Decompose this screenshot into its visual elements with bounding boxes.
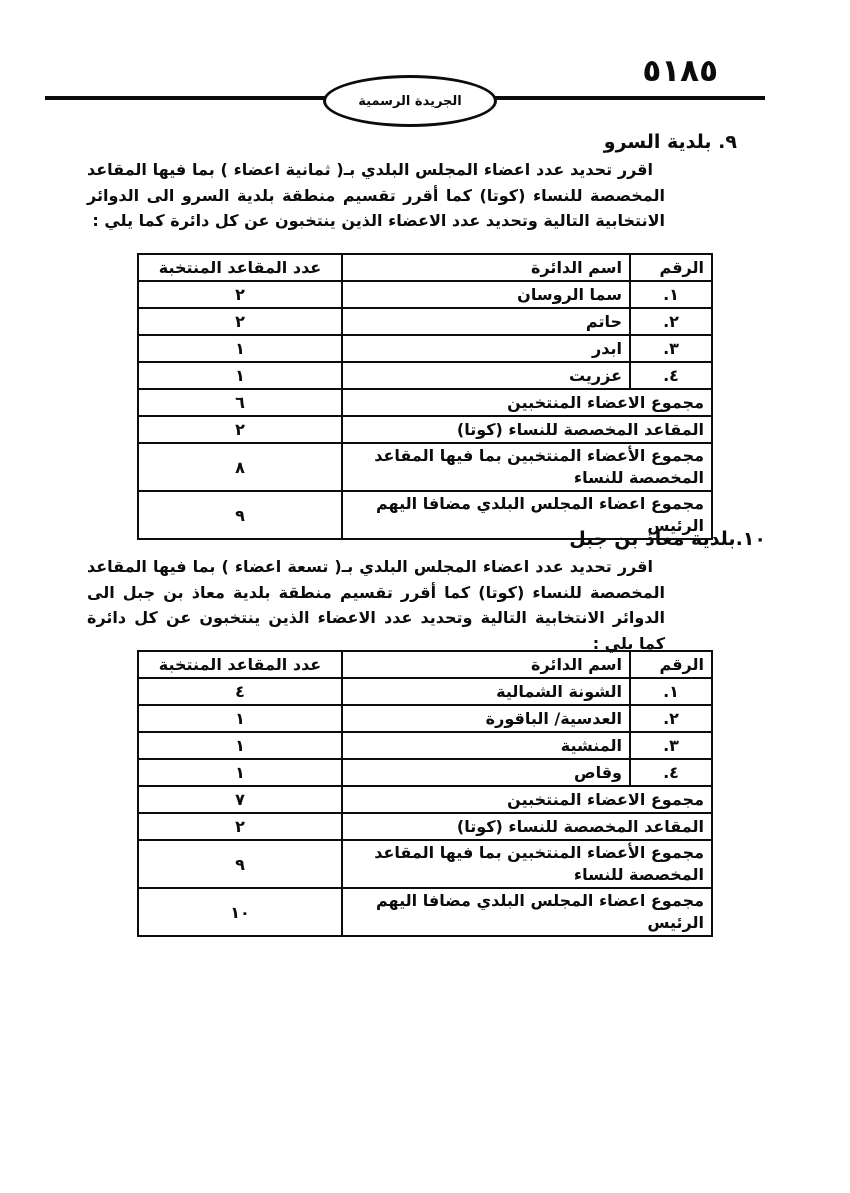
seats-cell: ١ xyxy=(138,362,342,389)
summary-row: مجموع الاعضاء المنتخبين ٦ xyxy=(138,389,712,416)
row-number: ٣. xyxy=(630,732,712,759)
seats-cell: ٢ xyxy=(138,308,342,335)
summary-label: مجموع الاعضاء المنتخبين xyxy=(342,786,712,813)
row-number: ٢. xyxy=(630,705,712,732)
row-number: ٣. xyxy=(630,335,712,362)
seats-cell: ١ xyxy=(138,705,342,732)
table-row: ٣. المنشية ١ xyxy=(138,732,712,759)
summary-label: المقاعد المخصصة للنساء (كوتا) xyxy=(342,416,712,443)
section-paragraph-9: اقرر تحديد عدد اعضاء المجلس البلدي بـ( ث… xyxy=(87,157,665,234)
seats-cell: ١ xyxy=(138,335,342,362)
summary-row: مجموع اعضاء المجلس البلدي مضافا اليهم ال… xyxy=(138,888,712,936)
summary-value: ٦ xyxy=(138,389,342,416)
row-number: ١. xyxy=(630,281,712,308)
district-cell: وقاص xyxy=(342,759,630,786)
header-number: الرقم xyxy=(630,651,712,678)
table-row: ١. سما الروسان ٢ xyxy=(138,281,712,308)
seats-cell: ١ xyxy=(138,732,342,759)
table-row: ٢. حاتم ٢ xyxy=(138,308,712,335)
district-cell: العدسية/ الباقورة xyxy=(342,705,630,732)
row-number: ٤. xyxy=(630,362,712,389)
section-title-9: ٩. بلدية السرو xyxy=(604,130,737,155)
page-number: ٥١٨٥ xyxy=(642,56,718,87)
table-row: ٣. ابدر ١ xyxy=(138,335,712,362)
section-paragraph-10: اقرر تحديد عدد اعضاء المجلس البلدي بـ( ت… xyxy=(87,554,665,656)
district-cell: ابدر xyxy=(342,335,630,362)
row-number: ٤. xyxy=(630,759,712,786)
seats-cell: ٢ xyxy=(138,281,342,308)
summary-row: مجموع الأعضاء المنتخبين بما فيها المقاعد… xyxy=(138,443,712,491)
summary-label: مجموع الأعضاء المنتخبين بما فيها المقاعد… xyxy=(342,840,712,888)
gazette-page: ٥١٨٥ الجريدة الرسمية ٩. بلدية السرو اقرر… xyxy=(0,0,850,1193)
summary-value: ٨ xyxy=(138,443,342,491)
table-header-row: الرقم اسم الدائرة عدد المقاعد المنتخبة xyxy=(138,651,712,678)
header-seats: عدد المقاعد المنتخبة xyxy=(138,651,342,678)
seats-table-muath-bin-jabal: الرقم اسم الدائرة عدد المقاعد المنتخبة ١… xyxy=(137,650,713,937)
summary-value: ٩ xyxy=(138,840,342,888)
section-title-10: ١٠.بلدية معاذ بن جبل xyxy=(569,527,766,552)
summary-value: ٩ xyxy=(138,491,342,539)
header-number: الرقم xyxy=(630,254,712,281)
district-cell: حاتم xyxy=(342,308,630,335)
header-district: اسم الدائرة xyxy=(342,254,630,281)
summary-label: مجموع اعضاء المجلس البلدي مضافا اليهم ال… xyxy=(342,888,712,936)
summary-row: مجموع الاعضاء المنتخبين ٧ xyxy=(138,786,712,813)
summary-label: مجموع الاعضاء المنتخبين xyxy=(342,389,712,416)
district-cell: المنشية xyxy=(342,732,630,759)
seats-cell: ١ xyxy=(138,759,342,786)
table-header-row: الرقم اسم الدائرة عدد المقاعد المنتخبة xyxy=(138,254,712,281)
summary-value: ٢ xyxy=(138,813,342,840)
summary-value: ٢ xyxy=(138,416,342,443)
district-cell: عزريت xyxy=(342,362,630,389)
seats-cell: ٤ xyxy=(138,678,342,705)
seats-table-sarw: الرقم اسم الدائرة عدد المقاعد المنتخبة ١… xyxy=(137,253,713,540)
gazette-badge: الجريدة الرسمية xyxy=(323,75,497,127)
summary-label: المقاعد المخصصة للنساء (كوتا) xyxy=(342,813,712,840)
summary-value: ٧ xyxy=(138,786,342,813)
summary-row: المقاعد المخصصة للنساء (كوتا) ٢ xyxy=(138,416,712,443)
summary-value: ١٠ xyxy=(138,888,342,936)
header-seats: عدد المقاعد المنتخبة xyxy=(138,254,342,281)
table-row: ٤. عزريت ١ xyxy=(138,362,712,389)
gazette-badge-label: الجريدة الرسمية xyxy=(358,94,462,109)
table-row: ٤. وقاص ١ xyxy=(138,759,712,786)
header-district: اسم الدائرة xyxy=(342,651,630,678)
summary-row: مجموع الأعضاء المنتخبين بما فيها المقاعد… xyxy=(138,840,712,888)
district-cell: سما الروسان xyxy=(342,281,630,308)
table-row: ١. الشونة الشمالية ٤ xyxy=(138,678,712,705)
district-cell: الشونة الشمالية xyxy=(342,678,630,705)
row-number: ١. xyxy=(630,678,712,705)
table-row: ٢. العدسية/ الباقورة ١ xyxy=(138,705,712,732)
summary-row: المقاعد المخصصة للنساء (كوتا) ٢ xyxy=(138,813,712,840)
summary-label: مجموع الأعضاء المنتخبين بما فيها المقاعد… xyxy=(342,443,712,491)
row-number: ٢. xyxy=(630,308,712,335)
